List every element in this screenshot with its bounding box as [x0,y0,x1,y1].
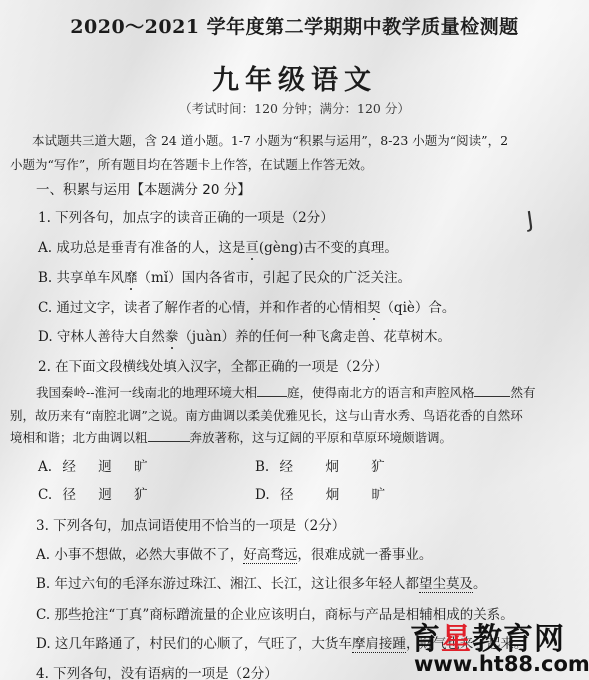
section-heading: 一、积累与运用【本题满分 20 分】 [36,178,251,198]
option-label: D. [255,487,270,503]
q3-option-b: B. 年过六旬的毛泽东游过珠江、湘江、长江，这让很多年轻人都望尘莫及。 [36,572,487,592]
option-text: ，很难成就一番事业。 [297,547,432,563]
fill-blank [148,429,190,442]
q2-option-a: A. 经 迥 旷 [38,455,147,475]
passage-text: 奔放著称，这与辽阔的平原和草原环境颇谐调。 [190,430,453,445]
fill-blank [474,384,510,397]
option-text: （juàn）养的任何一种飞禽走兽、花草树木。 [178,329,451,345]
q1-option-c: C. 通过文字，读者了解作者的心情，并和作者的心情相契（qiè）合。 [38,296,455,316]
option-label: B. [255,459,269,475]
option-text: C. 通过文字，读者了解作者的心情，并和作者的心情相 [38,300,367,316]
dotted-phrase: 摩肩接踵 [352,636,406,653]
dotted-char: 亘 [245,240,259,256]
option-text: D. 这几年路通了，村民们的心顺了，气旺了，大货车 [36,636,352,652]
option-char: 经 [62,459,76,475]
intro-line-2: 小题为“写作”，所有题目均在答题卡上作答，在试题上作答无效。 [10,155,373,173]
option-label: C. [38,487,52,503]
option-text: B. 年过六旬的毛泽东游过珠江、湘江、长江，这让很多年轻人都 [36,576,419,592]
site-watermark: 育星教育网 www.ht88.com [410,614,589,680]
option-text: A. 小事不想做，必然大事做不了， [36,547,243,563]
intro-line-1: 本试题共三道大题，含 24 道小题。1-7 小题为“积累与运用”，8-23 小题… [32,131,508,149]
dotted-phrase: 望尘莫及 [419,576,473,593]
option-char: 径 [280,487,294,503]
option-char: 旷 [134,459,148,475]
option-char: 旷 [372,487,386,503]
handwritten-mark: J [525,208,535,234]
option-char: 炯 [325,459,339,475]
option-char: 炯 [326,487,340,503]
passage-text: 我国秦岭--淮河一线南北的地理环境大相 [36,385,257,400]
q1-option-a: A. 成功总是垂青有准备的人，这是亘(gèng)古不变的真理。 [38,236,398,256]
option-text: D. 守林人善待大自然 [38,329,165,345]
question-2-stem: 2. 在下面文段横线处填入汉字，全都正确的一项是（2分） [38,355,388,375]
dotted-char: 靡 [124,270,138,286]
q1-option-d: D. 守林人善待大自然豢（juàn）养的任何一种飞禽走兽、花草树木。 [38,325,451,345]
fill-blank [257,384,287,397]
q2-option-c: C. 径 迥 犷 [38,483,148,503]
option-char: 犷 [371,459,385,475]
option-text: C. 那些抢注“丁真”商标蹭流量的企业应该明白，商标与产品是 [36,607,406,623]
option-label: A. [38,459,52,475]
option-char: 经 [280,459,294,475]
question-1-stem: 1. 下列各句，加点字的读音正确的一项是（2分） [38,206,334,226]
option-text: 。 [473,576,487,592]
option-text: （mǐ）国内各省市，引起了民众的广泛关注。 [138,270,412,286]
passage-text: 庭，使得南北方的语言和声腔风格 [287,385,475,400]
dotted-char: 契 [367,300,381,316]
option-char: 迥 [98,487,112,503]
q2-passage-line-2: 别，故历来有“南腔北调”之说。南方曲调以柔美优雅见长，这与山青水秀、鸟语花香的自… [10,406,523,424]
option-text: (gèng)古不变的真理。 [259,240,398,256]
option-text: （qiè）合。 [380,300,455,316]
passage-text: 然有 [510,385,535,400]
q2-option-b: B. 经 炯 犷 [255,455,385,475]
q2-passage-line-3: 境相和谐；北方曲调以粗奔放著称，这与辽阔的平原和草原环境颇谐调。 [10,428,452,446]
q3-option-a: A. 小事不想做，必然大事做不了，好高骛远，很难成就一番事业。 [36,543,432,563]
question-3-stem: 3. 下列各句，加点词语使用不恰当的一项是（2分） [36,514,345,534]
q2-passage-line-1: 我国秦岭--淮河一线南北的地理环境大相庭，使得南北方的语言和声腔风格然有 [36,383,535,401]
option-text: B. 共享单车风 [38,270,124,286]
passage-text: 境相和谐；北方曲调以粗 [10,430,148,445]
q1-option-b: B. 共享单车风靡（mǐ）国内各省市，引起了民众的广泛关注。 [38,266,411,286]
watermark-url: www.ht88.com [414,652,589,676]
option-char: 迥 [98,459,112,475]
option-char: 径 [62,487,76,503]
exam-title: 2020～2021 学年度第二学期期中教学质量检测题 [0,12,589,39]
option-char: 犷 [134,487,148,503]
dotted-char: 豢 [165,329,179,345]
question-4-stem: 4. 下列各句，没有语病的一项是（2分） [36,662,278,680]
dotted-phrase: 好高骛远 [243,547,297,564]
subject-title: 九年级语文 [0,58,589,97]
q2-option-d: D. 径 炯 旷 [255,483,385,503]
option-text: A. 成功总是垂青有准备的人，这是 [38,240,245,256]
exam-info: （考试时间：120 分钟；满分：120 分） [0,99,589,117]
